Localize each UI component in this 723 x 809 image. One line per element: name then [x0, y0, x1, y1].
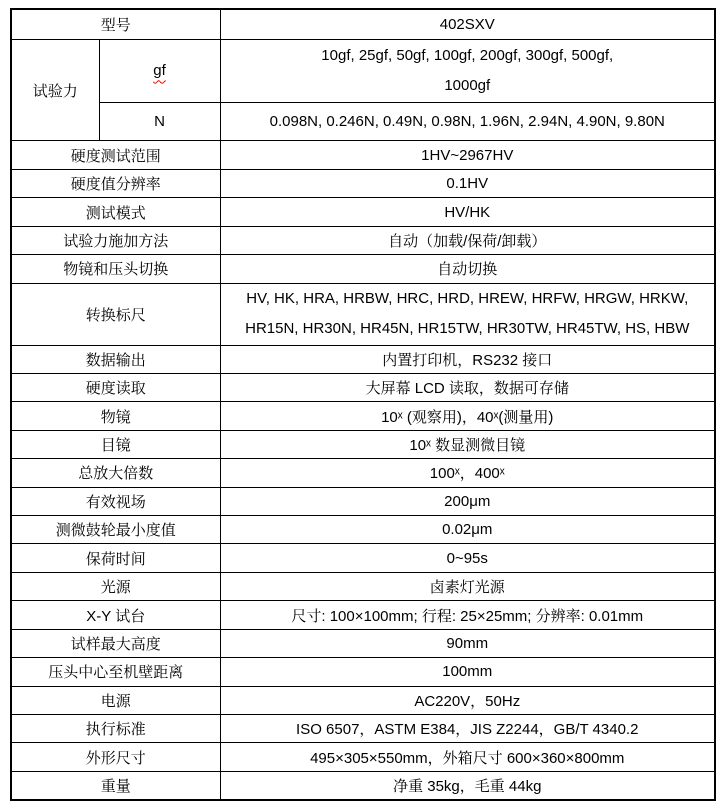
- row-standards: 执行标准 ISO 6507，ASTM E384，JIS Z2244，GB/T 4…: [11, 715, 715, 743]
- model-value: 402SXV: [220, 9, 715, 39]
- conversion-scales-line1: HV, HK, HRA, HRBW, HRC, HRD, HREW, HRFW,…: [225, 284, 710, 314]
- gf-values-line2: 1000gf: [225, 71, 710, 101]
- objective-lens-value: 10ˣ (观察用)，40ˣ(测量用): [220, 402, 715, 430]
- total-magnification-value: 100ˣ，400ˣ: [220, 459, 715, 487]
- row-test-mode: 测试模式 HV/HK: [11, 198, 715, 226]
- xy-stage-value: 尺寸: 100×100mm; 行程: 25×25mm; 分辨率: 0.01mm: [220, 601, 715, 629]
- xy-stage-label: X-Y 试台: [11, 601, 220, 629]
- power-supply-label: 电源: [11, 686, 220, 714]
- hardness-resolution-label: 硬度值分辨率: [11, 169, 220, 197]
- test-force-label: 试验力: [11, 39, 99, 141]
- row-light-source: 光源 卤素灯光源: [11, 572, 715, 600]
- dimensions-value: 495×305×550mm，外箱尺寸 600×360×800mm: [220, 743, 715, 771]
- row-effective-field: 有效视场 200μm: [11, 487, 715, 515]
- row-micrometer-drum: 测微鼓轮最小度值 0.02μm: [11, 516, 715, 544]
- dwell-time-value: 0~95s: [220, 544, 715, 572]
- effective-field-value: 200μm: [220, 487, 715, 515]
- gf-unit-text: gf: [153, 62, 166, 79]
- dwell-time-label: 保荷时间: [11, 544, 220, 572]
- turret-switch-label: 物镜和压头切换: [11, 255, 220, 283]
- data-output-value: 内置打印机，RS232 接口: [220, 345, 715, 373]
- standards-label: 执行标准: [11, 715, 220, 743]
- total-magnification-label: 总放大倍数: [11, 459, 220, 487]
- test-force-n-values: 0.098N, 0.246N, 0.49N, 0.98N, 1.96N, 2.9…: [220, 102, 715, 141]
- effective-field-label: 有效视场: [11, 487, 220, 515]
- row-dwell-time: 保荷时间 0~95s: [11, 544, 715, 572]
- weight-value: 净重 35kg，毛重 44kg: [220, 771, 715, 800]
- row-conversion-scales: 转换标尺 HV, HK, HRA, HRBW, HRC, HRD, HREW, …: [11, 283, 715, 345]
- test-mode-value: HV/HK: [220, 198, 715, 226]
- objective-lens-label: 物镜: [11, 402, 220, 430]
- specifications-table: 型号 402SXV 试验力 gf 10gf, 25gf, 50gf, 100gf…: [10, 8, 716, 801]
- data-output-label: 数据输出: [11, 345, 220, 373]
- row-hardness-reading: 硬度读取 大屏幕 LCD 读取，数据可存储: [11, 373, 715, 401]
- hardness-resolution-value: 0.1HV: [220, 169, 715, 197]
- row-objective-lens: 物镜 10ˣ (观察用)，40ˣ(测量用): [11, 402, 715, 430]
- throat-depth-label: 压头中心至机壁距离: [11, 658, 220, 686]
- row-total-magnification: 总放大倍数 100ˣ，400ˣ: [11, 459, 715, 487]
- force-application-value: 自动（加载/保荷/卸载）: [220, 226, 715, 254]
- row-hardness-resolution: 硬度值分辨率 0.1HV: [11, 169, 715, 197]
- row-eyepiece: 目镜 10ˣ 数显测微目镜: [11, 430, 715, 458]
- test-force-n-unit: N: [99, 102, 220, 141]
- row-hardness-range: 硬度测试范围 1HV~2967HV: [11, 141, 715, 169]
- micrometer-drum-label: 测微鼓轮最小度值: [11, 516, 220, 544]
- hardness-range-label: 硬度测试范围: [11, 141, 220, 169]
- model-label: 型号: [11, 9, 220, 39]
- row-throat-depth: 压头中心至机壁距离 100mm: [11, 658, 715, 686]
- gf-values-line1: 10gf, 25gf, 50gf, 100gf, 200gf, 300gf, 5…: [225, 41, 710, 71]
- test-force-gf-values: 10gf, 25gf, 50gf, 100gf, 200gf, 300gf, 5…: [220, 39, 715, 102]
- dimensions-label: 外形尺寸: [11, 743, 220, 771]
- row-power-supply: 电源 AC220V，50Hz: [11, 686, 715, 714]
- eyepiece-label: 目镜: [11, 430, 220, 458]
- light-source-label: 光源: [11, 572, 220, 600]
- row-data-output: 数据输出 内置打印机，RS232 接口: [11, 345, 715, 373]
- hardness-reading-value: 大屏幕 LCD 读取，数据可存储: [220, 373, 715, 401]
- row-xy-stage: X-Y 试台 尺寸: 100×100mm; 行程: 25×25mm; 分辨率: …: [11, 601, 715, 629]
- force-application-label: 试验力施加方法: [11, 226, 220, 254]
- conversion-scales-value: HV, HK, HRA, HRBW, HRC, HRD, HREW, HRFW,…: [220, 283, 715, 345]
- row-model: 型号 402SXV: [11, 9, 715, 39]
- hardness-range-value: 1HV~2967HV: [220, 141, 715, 169]
- row-dimensions: 外形尺寸 495×305×550mm，外箱尺寸 600×360×800mm: [11, 743, 715, 771]
- row-weight: 重量 净重 35kg，毛重 44kg: [11, 771, 715, 800]
- row-max-specimen-height: 试样最大高度 90mm: [11, 629, 715, 657]
- throat-depth-value: 100mm: [220, 658, 715, 686]
- test-force-gf-unit: gf: [99, 39, 220, 102]
- row-test-force-n: N 0.098N, 0.246N, 0.49N, 0.98N, 1.96N, 2…: [11, 102, 715, 141]
- max-specimen-height-label: 试样最大高度: [11, 629, 220, 657]
- micrometer-drum-value: 0.02μm: [220, 516, 715, 544]
- turret-switch-value: 自动切换: [220, 255, 715, 283]
- conversion-scales-line2: HR15N, HR30N, HR45N, HR15TW, HR30TW, HR4…: [225, 314, 710, 344]
- row-test-force-gf: 试验力 gf 10gf, 25gf, 50gf, 100gf, 200gf, 3…: [11, 39, 715, 102]
- test-mode-label: 测试模式: [11, 198, 220, 226]
- row-turret-switch: 物镜和压头切换 自动切换: [11, 255, 715, 283]
- light-source-value: 卤素灯光源: [220, 572, 715, 600]
- max-specimen-height-value: 90mm: [220, 629, 715, 657]
- conversion-scales-label: 转换标尺: [11, 283, 220, 345]
- hardness-reading-label: 硬度读取: [11, 373, 220, 401]
- eyepiece-value: 10ˣ 数显测微目镜: [220, 430, 715, 458]
- standards-value: ISO 6507，ASTM E384，JIS Z2244，GB/T 4340.2: [220, 715, 715, 743]
- weight-label: 重量: [11, 771, 220, 800]
- row-force-application: 试验力施加方法 自动（加载/保荷/卸载）: [11, 226, 715, 254]
- power-supply-value: AC220V，50Hz: [220, 686, 715, 714]
